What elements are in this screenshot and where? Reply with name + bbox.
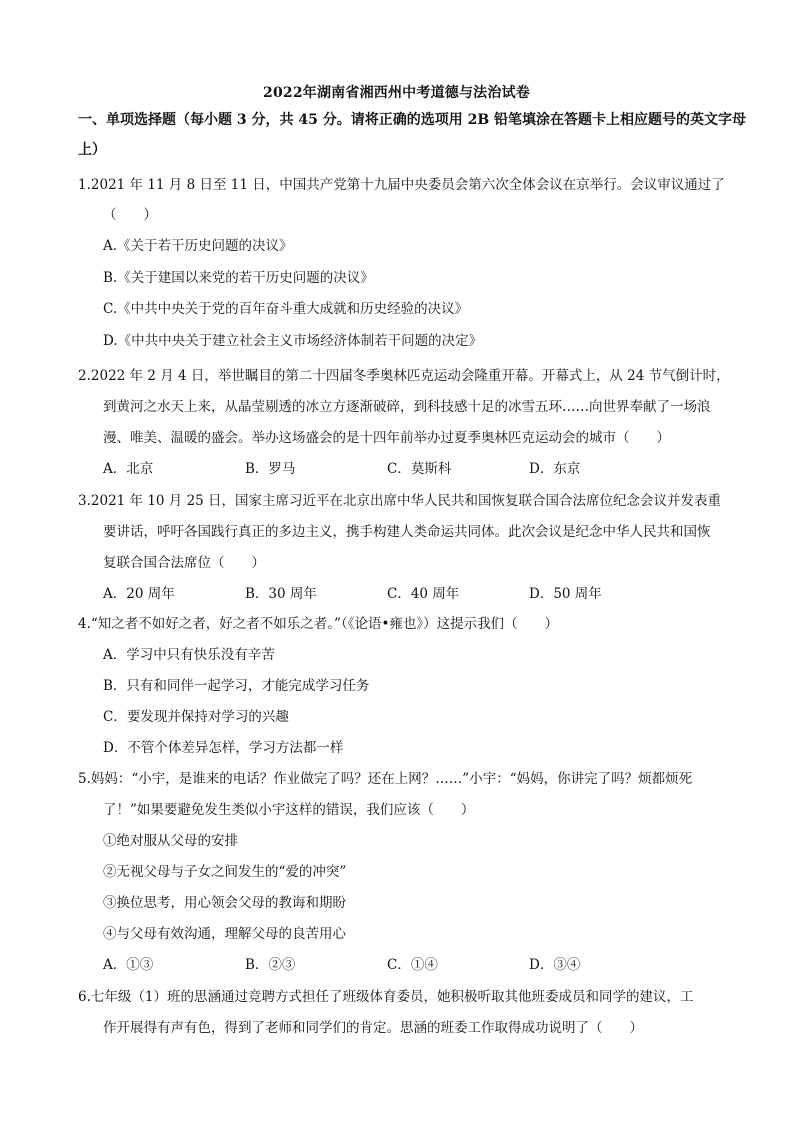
option-b: B．罗马	[245, 459, 387, 479]
option-a: A．①③	[103, 955, 245, 975]
option-c: C．①④	[387, 955, 529, 975]
statement-1: ①绝对服从父母的安排	[103, 831, 238, 851]
section-heading-line2: 上）	[78, 135, 718, 165]
option-d: D．不管个体差异怎样，学习方法都一样	[103, 738, 343, 758]
option-a: A．北京	[103, 459, 245, 479]
question-stem-line: 到黄河之水天上来，从晶莹剔透的冰立方逐渐破碎，到科技感十足的冰雪五环……向世界奉…	[103, 397, 711, 417]
statement-3: ③换位思考，用心领会父母的教诲和期盼	[103, 893, 346, 913]
options-row: A．20 周年B．30 周年C．40 周年D．50 周年	[103, 584, 671, 604]
options-row: A．①③B．②③C．①④D．③④	[103, 955, 671, 975]
option-b: B．②③	[245, 955, 387, 975]
question-stem-line: 复联合国合法席位（ ）	[103, 553, 265, 573]
question-number: 4.	[78, 616, 91, 632]
option-d: D．东京	[529, 459, 671, 479]
section-heading-line1: 一、单项选择题（每小题 3 分，共 45 分。请将正确的选项用 2B 铅笔填涂在…	[78, 105, 718, 135]
question-stem-line: 了！”如果要避免发生类似小宇这样的错误，我们应该（ ）	[103, 800, 474, 820]
section-heading: 一、单项选择题（每小题 3 分，共 45 分。请将正确的选项用 2B 铅笔填涂在…	[78, 105, 718, 165]
question-number: 6.	[78, 989, 91, 1005]
question-number: 3.	[78, 493, 91, 509]
question-number: 2.	[78, 368, 91, 384]
statement-4: ④与父母有效沟通，理解父母的良苦用心	[103, 924, 346, 944]
option-b: B．30 周年	[245, 584, 387, 604]
option-c: C．40 周年	[387, 584, 529, 604]
option-a: A．学习中只有快乐没有辛苦	[103, 645, 275, 665]
option-d: D.《中共中央关于建立社会主义市场经济体制若干问题的决定》	[103, 331, 482, 351]
question-stem-line: 2021 年 11 月 8 日至 11 日，中国共产党第十九届中央委员会第六次全…	[91, 177, 725, 193]
question-stem-line: 七年级（1）班的思涵通过竞聘方式担任了班级体育委员，她积极听取其他班委成员和同学…	[91, 989, 694, 1005]
question-stem-line: 作开展得有声有色，得到了老师和同学们的肯定。思涵的班委工作取得成功说明了（ ）	[103, 1018, 643, 1038]
exam-title: 2022年湖南省湘西州中考道德与法治试卷	[0, 82, 793, 102]
statement-2: ②无视父母与子女之间发生的“爱的冲突”	[103, 862, 346, 882]
option-d: D．50 周年	[529, 584, 671, 604]
question-stem-line: 漫、唯美、温暖的盛会。举办这场盛会的是十四年前举办过夏季奥林匹克运动会的城市（ …	[103, 428, 670, 448]
option-c: C.《中共中央关于党的百年奋斗重大成就和历史经验的决议》	[103, 299, 468, 319]
question-number: 5.	[78, 771, 91, 787]
option-b: B．只有和同伴一起学习，才能完成学习任务	[103, 676, 369, 696]
question-stem-line: 2022 年 2 月 4 日，举世瞩目的第二十四届冬季奥林匹克运动会隆重开幕。开…	[91, 368, 730, 384]
question-number: 1.	[78, 177, 91, 193]
option-c: C．莫斯科	[387, 459, 529, 479]
option-a: A.《关于若干历史问题的决议》	[103, 236, 293, 256]
option-c: C．要发现并保持对学习的兴趣	[103, 707, 289, 727]
option-d: D．③④	[529, 955, 671, 975]
question-stem-line: 要讲话，呼吁各国践行真正的多边主义，携手构建人类命运共同体。此次会议是纪念中华人…	[103, 522, 711, 542]
option-a: A．20 周年	[103, 584, 245, 604]
exam-page: 2022年湖南省湘西州中考道德与法治试卷 一、单项选择题（每小题 3 分，共 4…	[0, 0, 793, 1122]
answer-blank: （ ）	[103, 205, 157, 225]
question-stem-line: “知之者不如好之者，好之者不如乐之者。”（《论语•雍也》）这提示我们（ ）	[91, 616, 558, 632]
options-row: A．北京B．罗马C．莫斯科D．东京	[103, 459, 671, 479]
question-stem-line: 妈妈：“小宇，是谁来的电话？作业做完了吗？还在上网？……”小宇：“妈妈，你讲完了…	[91, 771, 692, 787]
question-stem-line: 2021 年 10 月 25 日，国家主席习近平在北京出席中华人民共和国恢复联合…	[91, 493, 721, 509]
option-b: B.《关于建国以来党的若干历史问题的决议》	[103, 268, 374, 288]
